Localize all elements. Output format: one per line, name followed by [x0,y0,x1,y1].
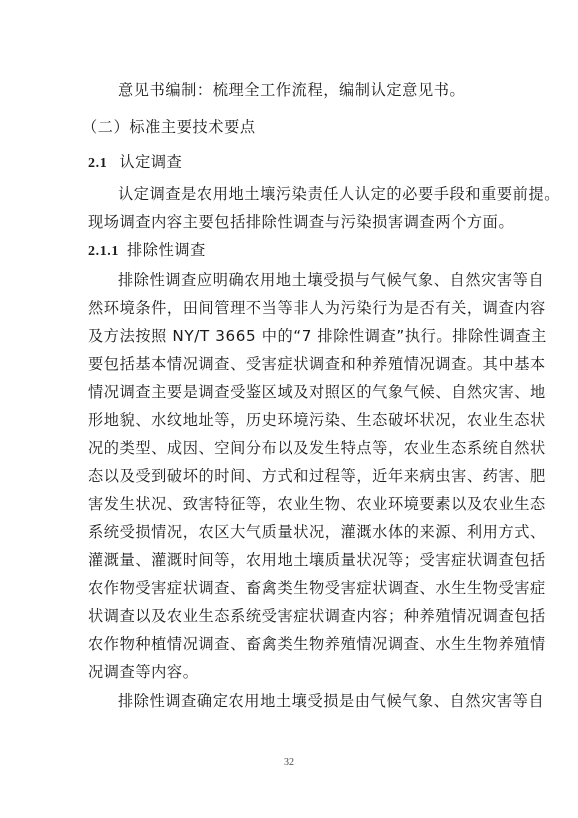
paragraph-line: 意见书编制：梳理全工作流程，编制认定意见书。 [118,80,465,100]
page-number: 32 [0,757,578,768]
document-page: 意见书编制：梳理全工作流程，编制认定意见书。 （二）标准主要技术要点 2.1认定… [0,0,578,818]
paragraph-line: 及方法按照 NY/T 3665 中的“7 排除性调查”执行。排除性调查主 [88,326,547,346]
paragraph-line: 害发生状况、致害特征等，农业生物、农业环境要素以及农业生态 [88,494,546,514]
section-number: 2.1.1 [88,244,119,259]
paragraph-line: 排除性调查确定农用地土壤受损是由气候气象、自然灾害等自 [118,691,544,711]
paragraph-line: 排除性调查应明确农用地土壤受损与气候气象、自然灾害等自 [118,270,544,290]
subsubsection-title: 排除性调查 [127,241,206,259]
subsection-title: 认定调查 [119,153,182,171]
paragraph-line: 认定调查是农用地土壤污染责任人认定的必要手段和重要前提。 [118,184,560,204]
paragraph-line: 系统受损情况，农区大气质量状况，灌溉水体的来源、利用方式、 [88,522,546,542]
paragraph-line: 情况调查主要是调查受鉴区域及对照区的气象气候、自然灾害、地 [88,382,546,402]
paragraph-line: 农作物受害症状调查、畜禽类生物受害症状调查、水生生物受害症 [88,578,546,598]
paragraph-line: 状调查以及农业生态系统受害症状调查内容；种养殖情况调查包括 [88,606,546,626]
paragraph-line: 灌溉量、灌溉时间等，农用地土壤质量状况等；受害症状调查包括 [88,550,546,570]
subsubsection-heading: 2.1.1排除性调查 [88,240,206,262]
paragraph-line: 态以及受到破坏的时间、方式和过程等，近年来病虫害、药害、肥 [88,466,546,486]
paragraph-line: 然环境条件，田间管理不当等非人为污染行为是否有关，调查内容 [88,298,546,318]
paragraph-line: 况调查等内容。 [88,662,199,682]
paragraph-line: 要包括基本情况调查、受害症状调查和种养殖情况调查。其中基本 [88,354,546,374]
section-number: 2.1 [88,156,107,171]
paragraph-line: 农作物种植情况调查、畜禽类生物养殖情况调查、水生生物养殖情 [88,634,546,654]
subsection-heading: 2.1认定调查 [88,152,182,174]
paragraph-line: 况的类型、成因、空间分布以及发生特点等，农业生态系统自然状 [88,438,546,458]
section-heading: （二）标准主要技术要点 [82,117,256,137]
paragraph-line: 形地貌、水纹地址等，历史环境污染、生态破坏状况，农业生态状 [88,410,546,430]
paragraph-line: 现场调查内容主要包括排除性调查与污染损害调查两个方面。 [88,212,514,232]
